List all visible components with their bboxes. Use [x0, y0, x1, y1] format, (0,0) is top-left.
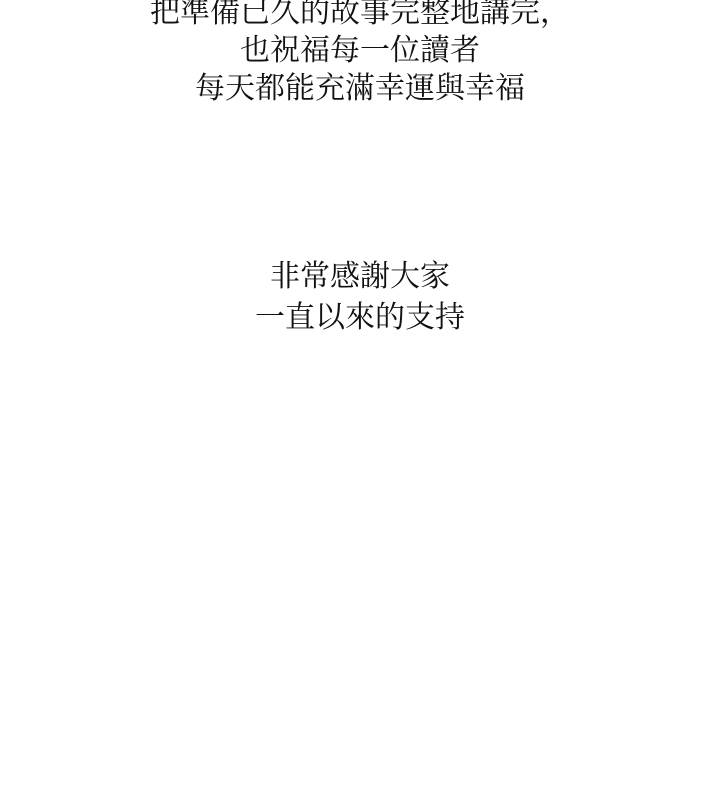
message-line: 每天都能充滿幸運與幸福: [0, 70, 720, 108]
message-line: 也祝福每一位讀者: [0, 32, 720, 70]
message-line: 一直以來的支持: [0, 297, 720, 338]
message-line: 把準備已久的故事完整地講完，: [0, 0, 720, 32]
thanks-message: 非常感謝大家 一直以來的支持: [0, 256, 720, 338]
message-line: 非常感謝大家: [0, 256, 720, 297]
comic-panel: 把準備已久的故事完整地講完， 也祝福每一位讀者 每天都能充滿幸運與幸福 非常感謝…: [0, 0, 720, 800]
farewell-message: 把準備已久的故事完整地講完， 也祝福每一位讀者 每天都能充滿幸運與幸福: [0, 0, 720, 108]
